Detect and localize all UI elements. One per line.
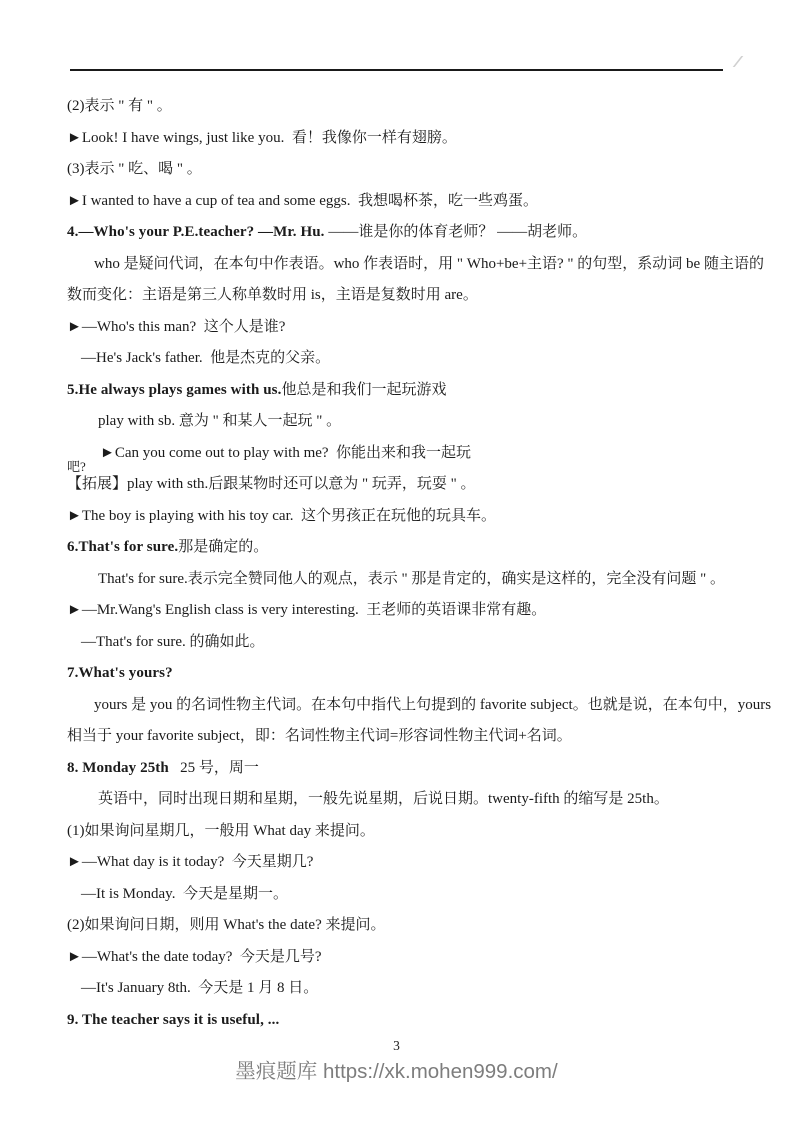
phrase-text: yours 是 you 的名词性物主代词。在本句中指代上句提到的 favorit… — [94, 697, 771, 713]
text-line: 吧?【拓展】play with sth.后跟某物时还可以意为 " 玩弄，玩耍 "… — [67, 469, 757, 501]
text-line: 数而变化：主语是第三人称单数时用 is，主语是复数时用 are。 — [67, 280, 757, 312]
phrase-text: —He's Jack's father. 他是杰克的父亲。 — [81, 350, 330, 366]
watermark-footer: 墨痕题库 https://xk.mohen999.com/ — [0, 1057, 793, 1087]
text-line: —He's Jack's father. 他是杰克的父亲。 — [67, 343, 757, 375]
text-line: ►The boy is playing with his toy car. 这个… — [67, 501, 757, 533]
phrase-text: ►—Mr.Wang's English class is very intere… — [67, 602, 546, 618]
text-line: (2)如果询问日期，则用 What's the date? 来提问。 — [67, 910, 757, 942]
phrase-text: play with sb. 意为 " 和某人一起玩 " 。 — [98, 413, 341, 429]
text-line: 4.—Who's your P.E.teacher? —Mr. Hu. ——谁是… — [67, 217, 757, 249]
phrase-text: (3)表示 " 吃、喝 " 。 — [67, 161, 202, 177]
text-line: (1)如果询问星期几，一般用 What day 来提问。 — [67, 816, 757, 848]
document-page: (2)表示 " 有 " 。►Look! I have wings, just l… — [0, 0, 793, 1122]
page-number: 3 — [0, 1038, 793, 1054]
phrase-text: 25 号，周一 — [169, 760, 259, 776]
bold-phrase: 5.He always plays games with us. — [67, 382, 281, 398]
phrase-text: 相当于 your favorite subject，即：名词性物主代词=形容词性… — [67, 728, 572, 744]
text-line: ►—What's the date today? 今天是几号? — [67, 942, 757, 974]
bold-phrase: 4.—Who's your P.E.teacher? —Mr. Hu. — [67, 224, 328, 240]
header-rule — [70, 69, 723, 71]
text-line: (3)表示 " 吃、喝 " 。 — [67, 154, 757, 186]
bold-phrase: 8. Monday 25th — [67, 760, 169, 776]
phrase-text: who 是疑问代词，在本句中作表语。who 作表语时，用 " Who+be+主语… — [94, 256, 764, 272]
phrase-text: —That's for sure. 的确如此。 — [81, 634, 265, 650]
text-line: 5.He always plays games with us.他总是和我们一起… — [67, 375, 757, 407]
phrase-text: 那是确定的。 — [178, 539, 268, 555]
phrase-text: ——谁是你的体育老师？ ——胡老师。 — [328, 224, 587, 240]
text-line: 相当于 your favorite subject，即：名词性物主代词=形容词性… — [67, 721, 757, 753]
overlap-text: 吧? — [67, 460, 86, 473]
text-line: 6.That's for sure.那是确定的。 — [67, 532, 757, 564]
phrase-text: ►The boy is playing with his toy car. 这个… — [67, 508, 496, 524]
text-line: 英语中，同时出现日期和星期，一般先说星期，后说日期。twenty-fifth 的… — [67, 784, 757, 816]
text-line: —It's January 8th. 今天是 1 月 8 日。 — [67, 973, 757, 1005]
text-line: —That's for sure. 的确如此。 — [67, 627, 757, 659]
text-line: yours 是 you 的名词性物主代词。在本句中指代上句提到的 favorit… — [67, 690, 757, 722]
phrase-text: (1)如果询问星期几，一般用 What day 来提问。 — [67, 823, 375, 839]
phrase-text: ►—What day is it today? 今天星期几? — [67, 854, 313, 870]
text-line: —It is Monday. 今天是星期一。 — [67, 879, 757, 911]
text-line: ►—What day is it today? 今天星期几? — [67, 847, 757, 879]
text-line: 8. Monday 25th 25 号，周一 — [67, 753, 757, 785]
text-line: who 是疑问代词，在本句中作表语。who 作表语时，用 " Who+be+主语… — [67, 249, 757, 281]
phrase-text: —It's January 8th. 今天是 1 月 8 日。 — [81, 980, 318, 996]
phrase-text: ►—What's the date today? 今天是几号? — [67, 949, 322, 965]
phrase-text: 【拓展】play with sth.后跟某物时还可以意为 " 玩弄，玩耍 " 。 — [67, 476, 476, 492]
text-line: ►—Mr.Wang's English class is very intere… — [67, 595, 757, 627]
bold-phrase: 9. The teacher says it is useful, ... — [67, 1012, 279, 1028]
phrase-text: (2)如果询问日期，则用 What's the date? 来提问。 — [67, 917, 385, 933]
text-line: That's for sure.表示完全赞同他人的观点，表示 " 那是肯定的，确… — [67, 564, 757, 596]
scan-artifact — [720, 56, 744, 67]
phrase-text: —It is Monday. 今天是星期一。 — [81, 886, 288, 902]
text-line: ►Look! I have wings, just like you. 看！我像… — [67, 123, 757, 155]
document-body: (2)表示 " 有 " 。►Look! I have wings, just l… — [67, 91, 757, 1036]
phrase-text: That's for sure.表示完全赞同他人的观点，表示 " 那是肯定的，确… — [98, 571, 725, 587]
phrase-text: ►Can you come out to play with me? 你能出来和… — [100, 445, 471, 461]
phrase-text: ►—Who's this man? 这个人是谁? — [67, 319, 285, 335]
phrase-text: 数而变化：主语是第三人称单数时用 is，主语是复数时用 are。 — [67, 287, 478, 303]
bold-phrase: 6.That's for sure. — [67, 539, 178, 555]
text-line: 7.What's yours? — [67, 658, 757, 690]
bold-phrase: 7.What's yours? — [67, 665, 173, 681]
text-line: ►I wanted to have a cup of tea and some … — [67, 186, 757, 218]
phrase-text: 英语中，同时出现日期和星期，一般先说星期，后说日期。twenty-fifth 的… — [98, 791, 669, 807]
text-line: 9. The teacher says it is useful, ... — [67, 1005, 757, 1037]
text-line: ►Can you come out to play with me? 你能出来和… — [67, 438, 757, 470]
text-line: play with sb. 意为 " 和某人一起玩 " 。 — [67, 406, 757, 438]
text-line: (2)表示 " 有 " 。 — [67, 91, 757, 123]
text-line: ►—Who's this man? 这个人是谁? — [67, 312, 757, 344]
phrase-text: 他总是和我们一起玩游戏 — [281, 382, 446, 398]
phrase-text: (2)表示 " 有 " 。 — [67, 98, 172, 114]
phrase-text: ►Look! I have wings, just like you. 看！我像… — [67, 130, 457, 146]
phrase-text: ►I wanted to have a cup of tea and some … — [67, 193, 538, 209]
